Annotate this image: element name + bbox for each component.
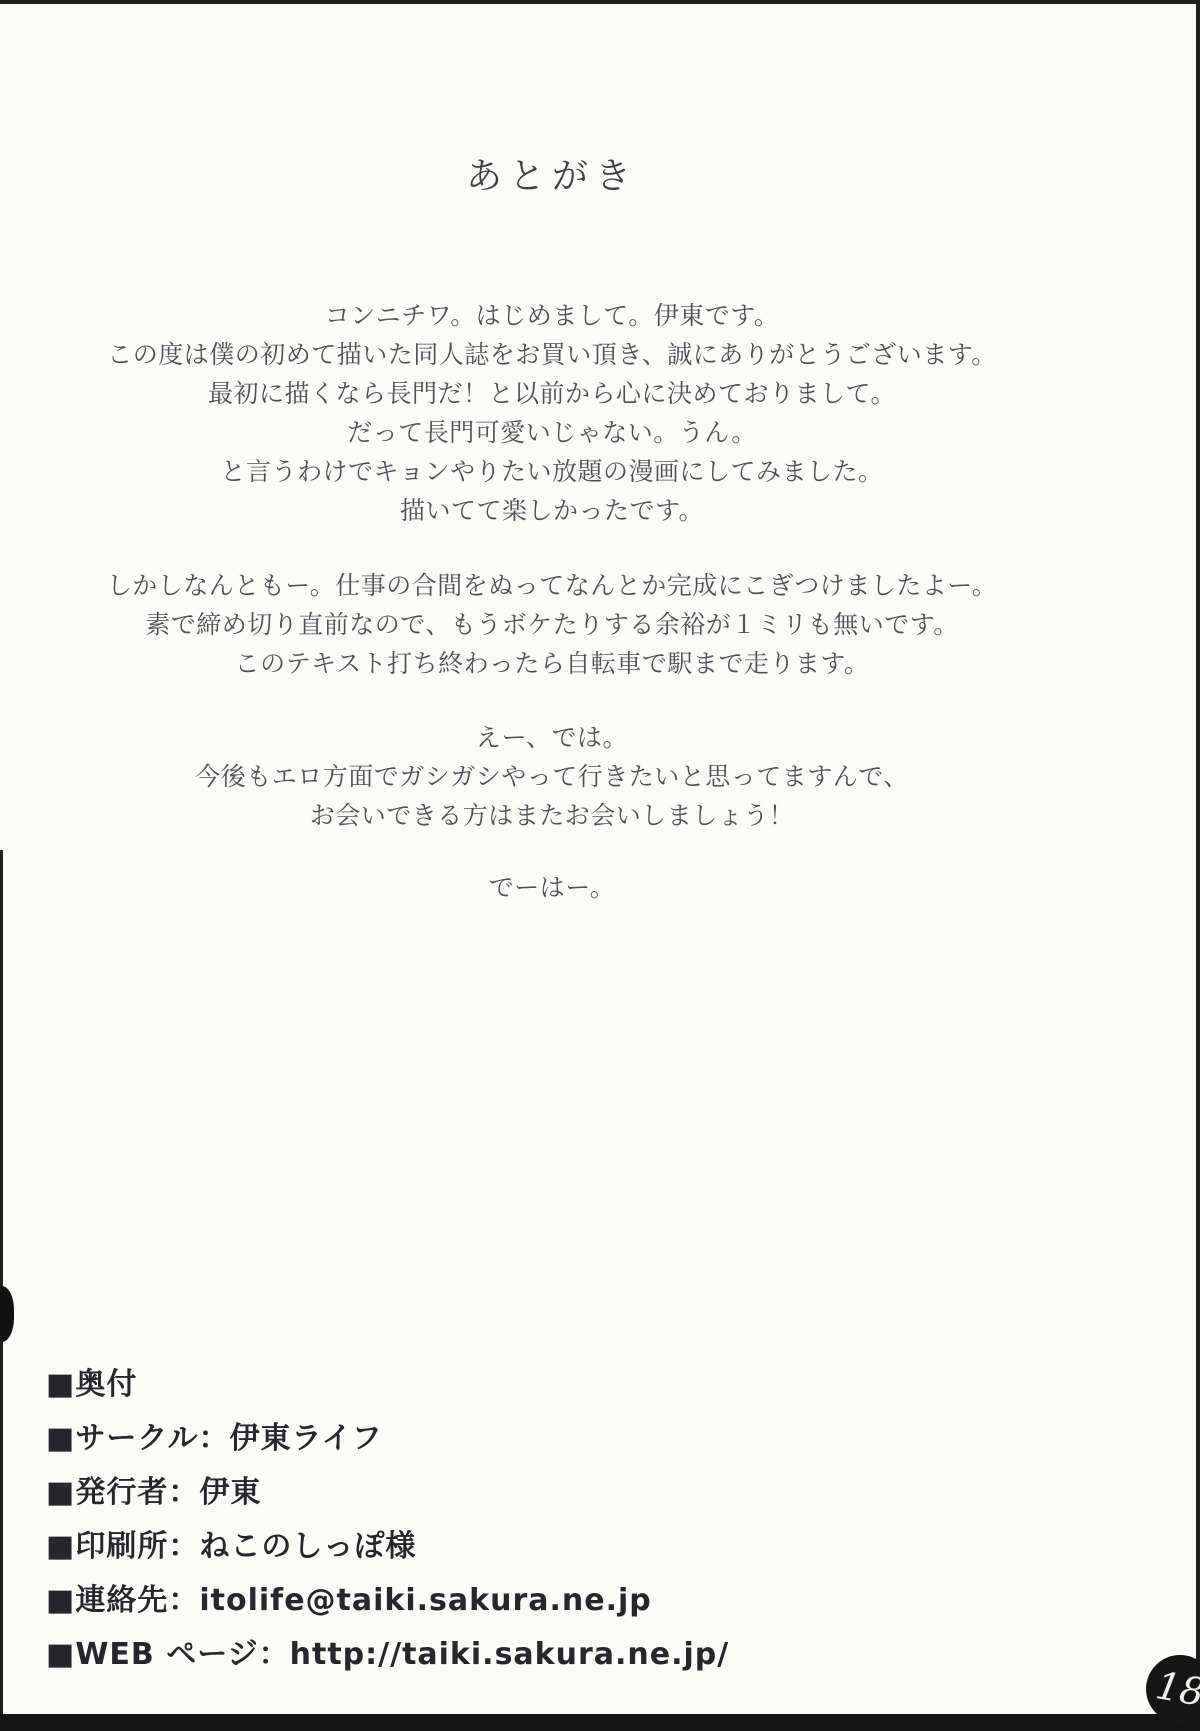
afterword-line: 今後もエロ方面でガシガシやって行きたいと思ってますんで、 [0,757,1104,796]
afterword-paragraph-4: でーはー。 [0,868,1104,907]
afterword-line: 素で締め切り直前なので、もうボケたりする余裕が１ミリも無いです。 [0,605,1104,644]
afterword-line: このテキスト打ち終わったら自転車で駅まで走ります。 [0,644,1104,683]
colophon: ■奥付 ■サークル：伊東ライフ ■発行者：伊東 ■印刷所：ねこのしっぽ様 ■連絡… [46,1358,729,1682]
colophon-printer: ■印刷所：ねこのしっぽ様 [46,1520,729,1574]
afterword-line: 最初に描くなら長門だ！と以前から心に決めておりまして。 [0,374,1104,413]
afterword-line: この度は僕の初めて描いた同人誌をお買い頂き、誠にありがとうございます。 [0,335,1104,374]
colophon-publisher: ■発行者：伊東 [46,1466,729,1520]
afterword-line: しかしなんともー。仕事の合間をぬってなんとか完成にこぎつけましたよー。 [0,566,1104,605]
scan-artifact-blob [0,1286,14,1342]
page-number: 18 [1152,1663,1200,1715]
afterword-line: と言うわけでキョンやりたい放題の漫画にしてみました。 [0,452,1104,491]
scan-border-right [1196,0,1200,1731]
colophon-contact-email: ■連絡先：itolife@taiki.sakura.ne.jp [46,1574,729,1628]
afterword-line: お会いできる方はまたお会いしましょう！ [0,796,1104,835]
colophon-web-page: ■WEB ページ：http://taiki.sakura.ne.jp/ [46,1628,729,1682]
doujinshi-afterword-page: あとがき コンニチワ。はじめまして。伊東です。 この度は僕の初めて描いた同人誌を… [0,0,1200,1731]
colophon-okuzuke-heading: ■奥付 [46,1358,729,1412]
afterword-line: えー、では。 [0,718,1104,757]
afterword-paragraph-2: しかしなんともー。仕事の合間をぬってなんとか完成にこぎつけましたよー。 素で締め… [0,566,1104,683]
afterword-title: あとがき [0,148,1104,199]
afterword-signoff: でーはー。 [0,868,1104,907]
afterword-line: コンニチワ。はじめまして。伊東です。 [0,296,1104,335]
afterword-paragraph-3: えー、では。 今後もエロ方面でガシガシやって行きたいと思ってますんで、 お会いで… [0,718,1104,835]
page-number-badge: 18 [1146,1655,1200,1723]
scan-border-top [0,0,1200,4]
afterword-line: 描いてて楽しかったです。 [0,491,1104,530]
scan-border-bottom [0,1714,1200,1731]
afterword-line: だって長門可愛いじゃない。うん。 [0,413,1104,452]
colophon-circle-name: ■サークル：伊東ライフ [46,1412,729,1466]
afterword-paragraph-1: コンニチワ。はじめまして。伊東です。 この度は僕の初めて描いた同人誌をお買い頂き… [0,296,1104,530]
